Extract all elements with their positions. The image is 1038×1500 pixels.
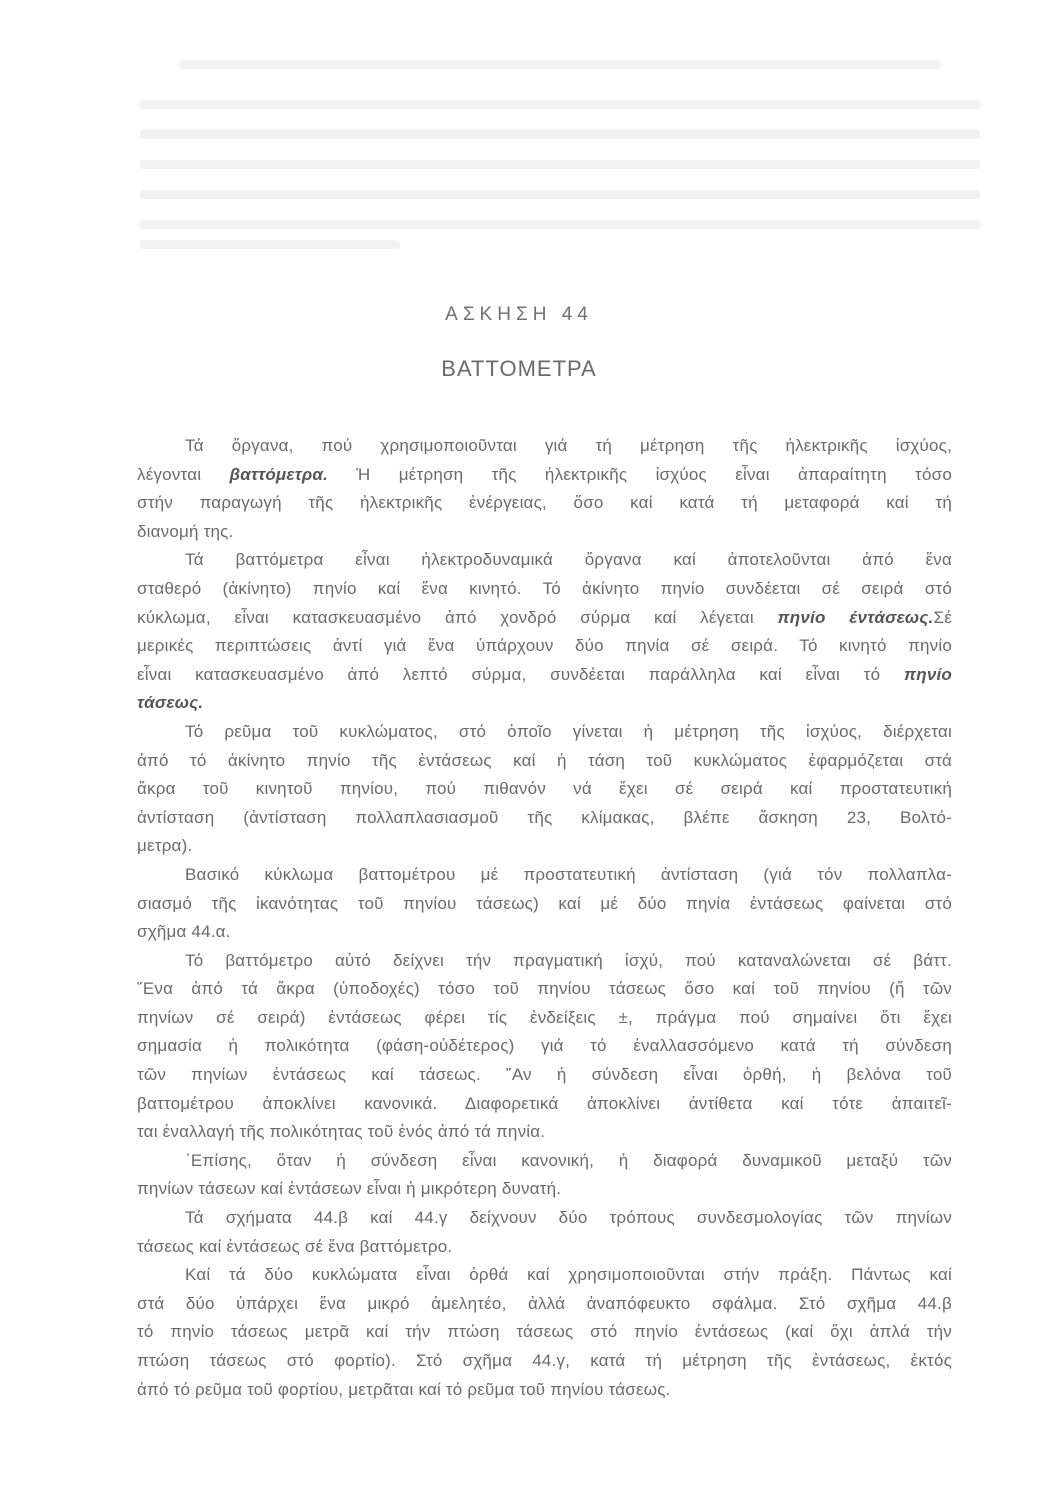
text-line: ἄκρα τοῦ κινητοῦ πηνίου, πού πιθανόν νά …	[137, 775, 952, 804]
text-line: βαττομέτρου ἀποκλίνει κανονικά. Διαφορετ…	[137, 1090, 952, 1119]
text-line: τάσεως καί ἐντάσεως σέ ἕνα βαττόμετρο.	[137, 1233, 952, 1262]
text-line: στήν παραγωγή τῆς ἠλεκτρικῆς ἐνέργειας, …	[137, 489, 952, 518]
text-line: τῶν πηνίων ἐντάσεως καί τάσεως. ῎Αν ἡ σύ…	[137, 1061, 952, 1090]
text-line: μετρα).	[137, 832, 952, 861]
text-line: τάσεως.	[137, 689, 952, 718]
text-line: Τό ρεῦμα τοῦ κυκλώματος, στό ὁποῖο γίνετ…	[137, 718, 952, 747]
text-line: ἀπό τό ἀκίνητο πηνίο τῆς ἐντάσεως καί ἡ …	[137, 747, 952, 776]
text-line: τό πηνίο τάσεως μετρᾶ καί τήν πτώση τάσε…	[137, 1318, 952, 1347]
text-line: σχῆμα 44.α.	[137, 918, 952, 947]
text-line: Τά ὄργανα, πού χρησιμοποιοῦνται γιά τή μ…	[137, 432, 952, 461]
text-line: ᾿Επίσης, ὅταν ἡ σύνδεση εἶναι κανονική, …	[137, 1147, 952, 1176]
term-voltage-coil-cont: τάσεως.	[137, 693, 203, 712]
text-line: Τό βαττόμετρο αὐτό δείχνει τήν πραγματικ…	[137, 947, 952, 976]
text-line: Τά βαττόμετρα εἶναι ἠλεκτροδυναμικά ὄργα…	[137, 546, 952, 575]
text-line: σταθερό (ἀκίνητο) πηνίο καί ἕνα κινητό. …	[137, 575, 952, 604]
term-voltage-coil: πηνίο	[904, 665, 952, 684]
exercise-number: ΑΣΚΗΣΗ 44	[0, 304, 1038, 326]
text-line: Βασικό κύκλωμα βαττομέτρου μέ προστατευτ…	[137, 861, 952, 890]
body-text: Τά ὄργανα, πού χρησιμοποιοῦνται γιά τή μ…	[137, 432, 952, 1404]
reverse-side-bleed-through	[140, 60, 980, 250]
text-line: ἀντίσταση (ἀντίσταση πολλαπλασιασμοῦ τῆς…	[137, 804, 952, 833]
text-line: Τά σχήματα 44.β καί 44.γ δείχνουν δύο τρ…	[137, 1204, 952, 1233]
text-line: κύκλωμα, εἶναι κατασκευασμένο ἀπό χονδρό…	[137, 604, 952, 633]
text-line: πτώση τάσεως στό φορτίο). Στό σχῆμα 44.γ…	[137, 1347, 952, 1376]
text-line: σιασμό τῆς ἰκανότητας τοῦ πηνίου τάσεως)…	[137, 890, 952, 919]
text-line: ῞Ενα ἀπό τά ἄκρα (ὑποδοχές) τόσο τοῦ πην…	[137, 975, 952, 1004]
text-line: Καί τά δύο κυκλώματα εἶναι ὀρθά καί χρησ…	[137, 1261, 952, 1290]
text-line: ἀπό τό ρεῦμα τοῦ φορτίου, μετρᾶται καί τ…	[137, 1376, 952, 1405]
text-line: πηνίων τάσεων καί ἐντάσεων εἶναι ἡ μικρό…	[137, 1175, 952, 1204]
text-line: μερικές περιπτώσεις ἀντί γιά ἕνα ὑπάρχου…	[137, 632, 952, 661]
text-line: ται ἐναλλαγή τῆς πολικότητας τοῦ ἑνός ἀπ…	[137, 1118, 952, 1147]
text-line: στά δύο ὑπάρχει ἕνα μικρό ἀμελητέο, ἀλλά…	[137, 1290, 952, 1319]
text-line: διανομή της.	[137, 518, 952, 547]
text-line: πηνίων σέ σειρά) ἐντάσεως φέρει τίς ἐνδε…	[137, 1004, 952, 1033]
term-wattmeters: βαττόμετρα.	[230, 465, 328, 484]
text-line: λέγονται βαττόμετρα. Ἡ μέτρηση τῆς ἠλεκτ…	[137, 461, 952, 490]
text-line: εἶναι κατασκευασμένο ἀπό λεπτό σύρμα, συ…	[137, 661, 952, 690]
text-line: σημασία ἡ πολικότητα (φάση-οὐδέτερος) γι…	[137, 1032, 952, 1061]
page-title: ΒΑΤΤΟΜΕΤΡΑ	[0, 356, 1038, 382]
term-current-coil: πηνίο έντάσεως.	[777, 608, 933, 627]
